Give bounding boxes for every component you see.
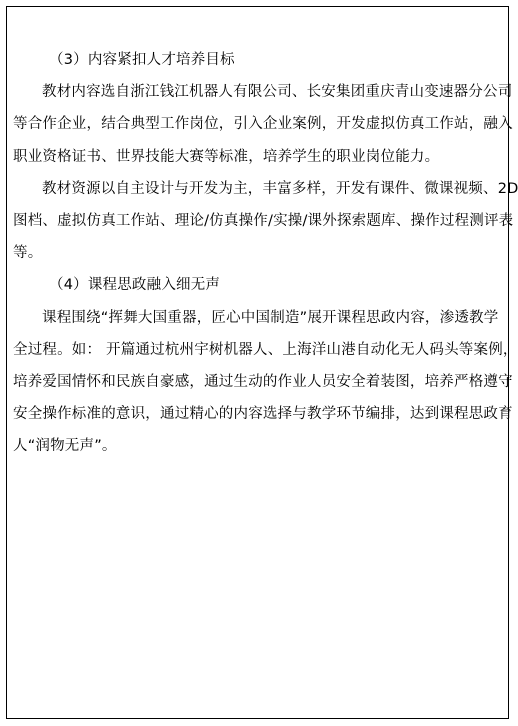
paragraph-line: 培养爱国情怀和民族自豪感，通过生动的作业人员安全着装图，培养严格遵守 bbox=[13, 366, 505, 398]
paragraph-line: 等。 bbox=[13, 237, 505, 269]
paragraph-line: 安全操作标准的意识，通过精心的内容选择与教学环节编排，达到课程思政育 bbox=[13, 398, 505, 430]
paragraph-line: 全过程。如： 开篇通过杭州宇树机器人、上海洋山港自动化无人码头等案例， bbox=[13, 334, 505, 366]
paragraph-line: 人“润物无声”。 bbox=[13, 430, 505, 462]
section-3-paragraph-1: 教材内容选自浙江钱江机器人有限公司、长安集团重庆青山变速器分公司 等合作企业，结… bbox=[13, 76, 505, 173]
paragraph-line: 课程围绕“挥舞大国重器，匠心中国制造”展开课程思政内容，渗透教学 bbox=[13, 302, 505, 334]
section-4-paragraph-1: 课程围绕“挥舞大国重器，匠心中国制造”展开课程思政内容，渗透教学 全过程。如： … bbox=[13, 302, 505, 463]
paragraph-line: 职业资格证书、世界技能大赛等标准，培养学生的职业岗位能力。 bbox=[13, 141, 505, 173]
paragraph-line: 教材内容选自浙江钱江机器人有限公司、长安集团重庆青山变速器分公司 bbox=[13, 76, 505, 108]
paragraph-line: 图档、虚拟仿真工作站、理论/仿真操作/实操/课外探索题库、操作过程测评表 bbox=[13, 205, 505, 237]
document-body: （3）内容紧扣人才培养目标 教材内容选自浙江钱江机器人有限公司、长安集团重庆青山… bbox=[13, 44, 505, 462]
section-3-heading: （3）内容紧扣人才培养目标 bbox=[13, 44, 505, 76]
paragraph-line: 教材资源以自主设计与开发为主，丰富多样，开发有课件、微课视频、2D/3D bbox=[13, 173, 505, 205]
paragraph-line: 等合作企业，结合典型工作岗位，引入企业案例，开发虚拟仿真工作站，融入 bbox=[13, 108, 505, 140]
section-4-heading: （4）课程思政融入细无声 bbox=[13, 269, 505, 301]
section-3-paragraph-2: 教材资源以自主设计与开发为主，丰富多样，开发有课件、微课视频、2D/3D 图档、… bbox=[13, 173, 505, 270]
